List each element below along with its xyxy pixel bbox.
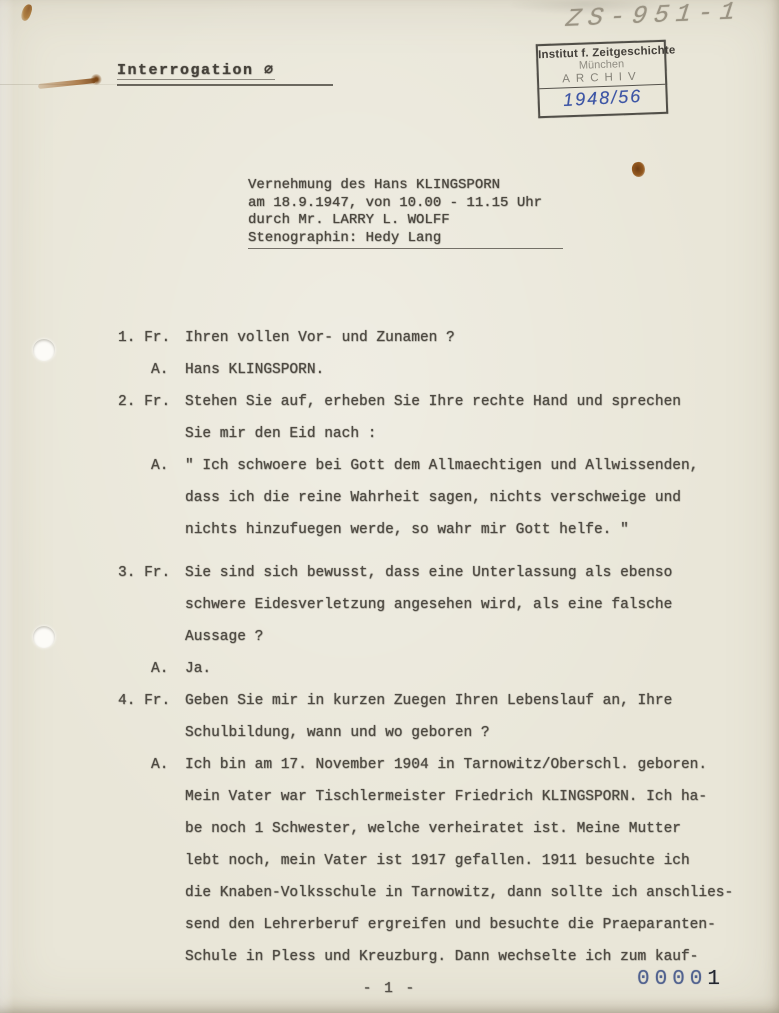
transcript-text: Ich bin am 17. November 1904 in Tarnowit… bbox=[185, 749, 758, 781]
transcript-line: nichts hinzufuegen werde, so wahr mir Go… bbox=[118, 514, 758, 546]
transcript-line: A.Hans KLINGSPORN. bbox=[118, 354, 758, 386]
transcript-text: die Knaben-Volksschule in Tarnowitz, dan… bbox=[185, 877, 758, 909]
transcript-text: Ihren vollen Vor- und Zunamen ? bbox=[185, 322, 758, 354]
rust-stain-dot bbox=[20, 3, 34, 22]
speaker-label bbox=[118, 877, 185, 909]
session-header: Vernehmung des Hans KLINGSPORN am 18.9.1… bbox=[248, 177, 563, 249]
stamp-accession-number: 1948/56 bbox=[539, 85, 666, 113]
transcript-text: Mein Vater war Tischlermeister Friedrich… bbox=[185, 781, 758, 813]
speaker-label: 4. Fr. bbox=[118, 685, 185, 717]
rust-stain-streak bbox=[38, 78, 96, 89]
serial-digits: 0000 bbox=[637, 968, 707, 991]
speaker-label: 2. Fr. bbox=[118, 386, 185, 418]
serial-number-stamp: 00001 bbox=[637, 968, 725, 991]
title-underline: Interrogation ∅ bbox=[117, 60, 333, 86]
transcript-line: A." Ich schwoere bei Gott dem Allmaechti… bbox=[118, 450, 758, 482]
speaker-label bbox=[118, 621, 185, 653]
transcript-line: 2. Fr.Stehen Sie auf, erheben Sie Ihre r… bbox=[118, 386, 758, 418]
speaker-label bbox=[118, 941, 185, 973]
hole-punch-bottom bbox=[33, 626, 55, 648]
hole-punch-top bbox=[33, 339, 55, 361]
transcript-text: Ja. bbox=[185, 653, 758, 685]
transcript-text: " Ich schwoere bei Gott dem Allmaechtige… bbox=[185, 450, 758, 482]
header-line-datetime: am 18.9.1947, von 10.00 - 11.15 Uhr bbox=[248, 195, 563, 213]
speaker-label bbox=[118, 717, 185, 749]
speaker-label bbox=[118, 482, 185, 514]
header-line-stenographer: Stenographin: Hedy Lang bbox=[248, 230, 563, 250]
speaker-label bbox=[118, 909, 185, 941]
speaker-label: A. bbox=[118, 749, 185, 781]
header-line-interrogator: durch Mr. LARRY L. WOLFF bbox=[248, 212, 563, 230]
transcript-text: dass ich die reine Wahrheit sagen, nicht… bbox=[185, 482, 758, 514]
speaker-label bbox=[118, 845, 185, 877]
serial-last-digit: 1 bbox=[707, 968, 725, 991]
transcript-line: schwere Eidesverletzung angesehen wird, … bbox=[118, 589, 758, 621]
speaker-label bbox=[118, 514, 185, 546]
transcript-line: 4. Fr.Geben Sie mir in kurzen Zuegen Ihr… bbox=[118, 685, 758, 717]
transcript-text: Geben Sie mir in kurzen Zuegen Ihren Leb… bbox=[185, 685, 758, 717]
speaker-label bbox=[118, 781, 185, 813]
speaker-label: A. bbox=[118, 450, 185, 482]
transcript-text: Sie sind sich bewusst, dass eine Unterla… bbox=[185, 557, 758, 589]
speaker-label: A. bbox=[118, 354, 185, 386]
transcript-line: Schulbildung, wann und wo geboren ? bbox=[118, 717, 758, 749]
transcript-line: send den Lehrerberuf ergreifen und besuc… bbox=[118, 909, 758, 941]
transcript-line: Sie mir den Eid nach : bbox=[118, 418, 758, 450]
transcript-text: Schulbildung, wann und wo geboren ? bbox=[185, 717, 758, 749]
transcript-line: die Knaben-Volksschule in Tarnowitz, dan… bbox=[118, 877, 758, 909]
header-line-subject: Vernehmung des Hans KLINGSPORN bbox=[248, 177, 563, 195]
transcript-line: be noch 1 Schwester, welche verheiratet … bbox=[118, 813, 758, 845]
transcript-text: Sie mir den Eid nach : bbox=[185, 418, 758, 450]
speaker-label bbox=[118, 589, 185, 621]
speaker-label: A. bbox=[118, 653, 185, 685]
transcript: 1. Fr.Ihren vollen Vor- und Zunamen ?A.H… bbox=[118, 322, 758, 973]
transcript-line: Mein Vater war Tischlermeister Friedrich… bbox=[118, 781, 758, 813]
transcript-text: lebt noch, mein Vater ist 1917 gefallen.… bbox=[185, 845, 758, 877]
transcript-line: dass ich die reine Wahrheit sagen, nicht… bbox=[118, 482, 758, 514]
transcript-line: 3. Fr.Sie sind sich bewusst, dass eine U… bbox=[118, 557, 758, 589]
transcript-text: nichts hinzufuegen werde, so wahr mir Go… bbox=[185, 514, 758, 546]
speaker-label: 3. Fr. bbox=[118, 557, 185, 589]
transcript-text: Aussage ? bbox=[185, 621, 758, 653]
transcript-text: send den Lehrerberuf ergreifen und besuc… bbox=[185, 909, 758, 941]
pencil-reference-note: ZS-951-1 bbox=[564, 0, 744, 34]
transcript-line: A.Ja. bbox=[118, 653, 758, 685]
document-title: Interrogation ∅ bbox=[117, 60, 275, 80]
speaker-label bbox=[118, 418, 185, 450]
transcript-line: lebt noch, mein Vater ist 1917 gefallen.… bbox=[118, 845, 758, 877]
transcript-text: Hans KLINGSPORN. bbox=[185, 354, 758, 386]
speaker-label bbox=[118, 813, 185, 845]
ink-spot-stain bbox=[631, 161, 647, 178]
transcript-line: A.Ich bin am 17. November 1904 in Tarnow… bbox=[118, 749, 758, 781]
transcript-text: schwere Eidesverletzung angesehen wird, … bbox=[185, 589, 758, 621]
transcript-text: be noch 1 Schwester, welche verheiratet … bbox=[185, 813, 758, 845]
transcript-text: Stehen Sie auf, erheben Sie Ihre rechte … bbox=[185, 386, 758, 418]
document-page: ZS-951-1 Institut f. Zeitgeschichte Münc… bbox=[0, 0, 779, 1013]
speaker-label: 1. Fr. bbox=[118, 322, 185, 354]
transcript-line: Aussage ? bbox=[118, 621, 758, 653]
archive-stamp: Institut f. Zeitgeschichte München ARCHI… bbox=[536, 40, 669, 118]
transcript-line: 1. Fr.Ihren vollen Vor- und Zunamen ? bbox=[118, 322, 758, 354]
